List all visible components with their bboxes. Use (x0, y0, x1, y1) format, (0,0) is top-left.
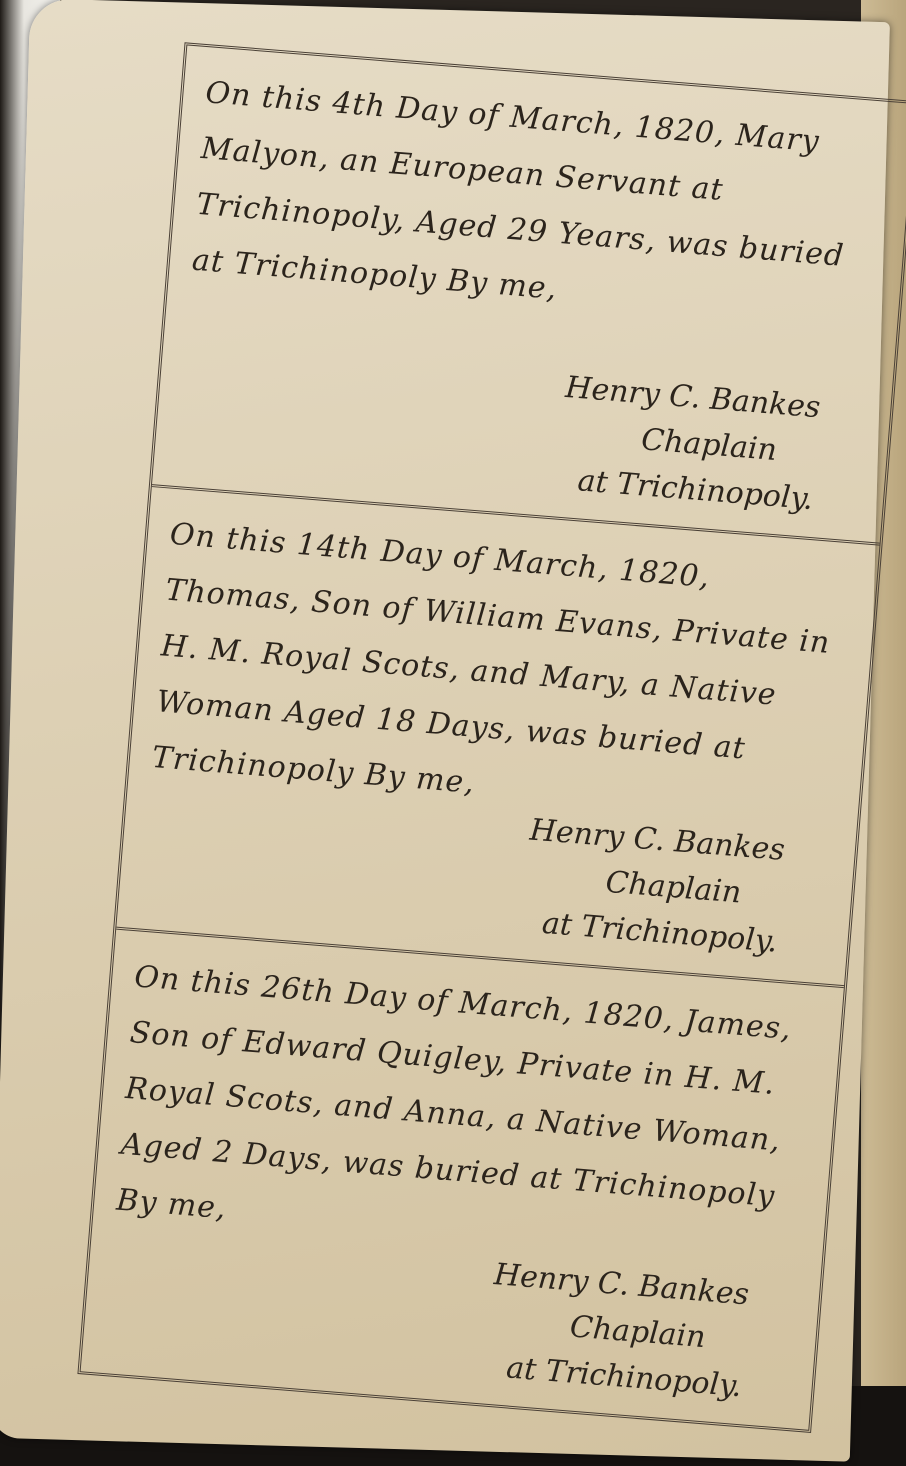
entry-text: On this 4th Day of March, 1820, Mary Mal… (190, 65, 892, 343)
entry-text: On this 14th Day of March, 1820, Thomas,… (150, 507, 856, 841)
register-page: On this 4th Day of March, 1820, Mary Mal… (0, 0, 890, 1462)
burial-entry-1: On this 4th Day of March, 1820, Mary Mal… (152, 45, 906, 545)
signature-block: Henry C. Bankes Chaplain at Trichinopoly… (556, 365, 822, 523)
register-frame: On this 4th Day of March, 1820, Mary Mal… (77, 42, 906, 1433)
entry-text: On this 26th Day of March, 1820, James, … (114, 949, 820, 1283)
signature-block: Henry C. Bankes Chaplain at Trichinopoly… (521, 807, 787, 965)
burial-entry-2: On this 14th Day of March, 1820, Thomas,… (116, 487, 879, 987)
burial-entry-3: On this 26th Day of March, 1820, James, … (81, 929, 844, 1429)
signature-block: Henry C. Bankes Chaplain at Trichinopoly… (485, 1252, 751, 1410)
